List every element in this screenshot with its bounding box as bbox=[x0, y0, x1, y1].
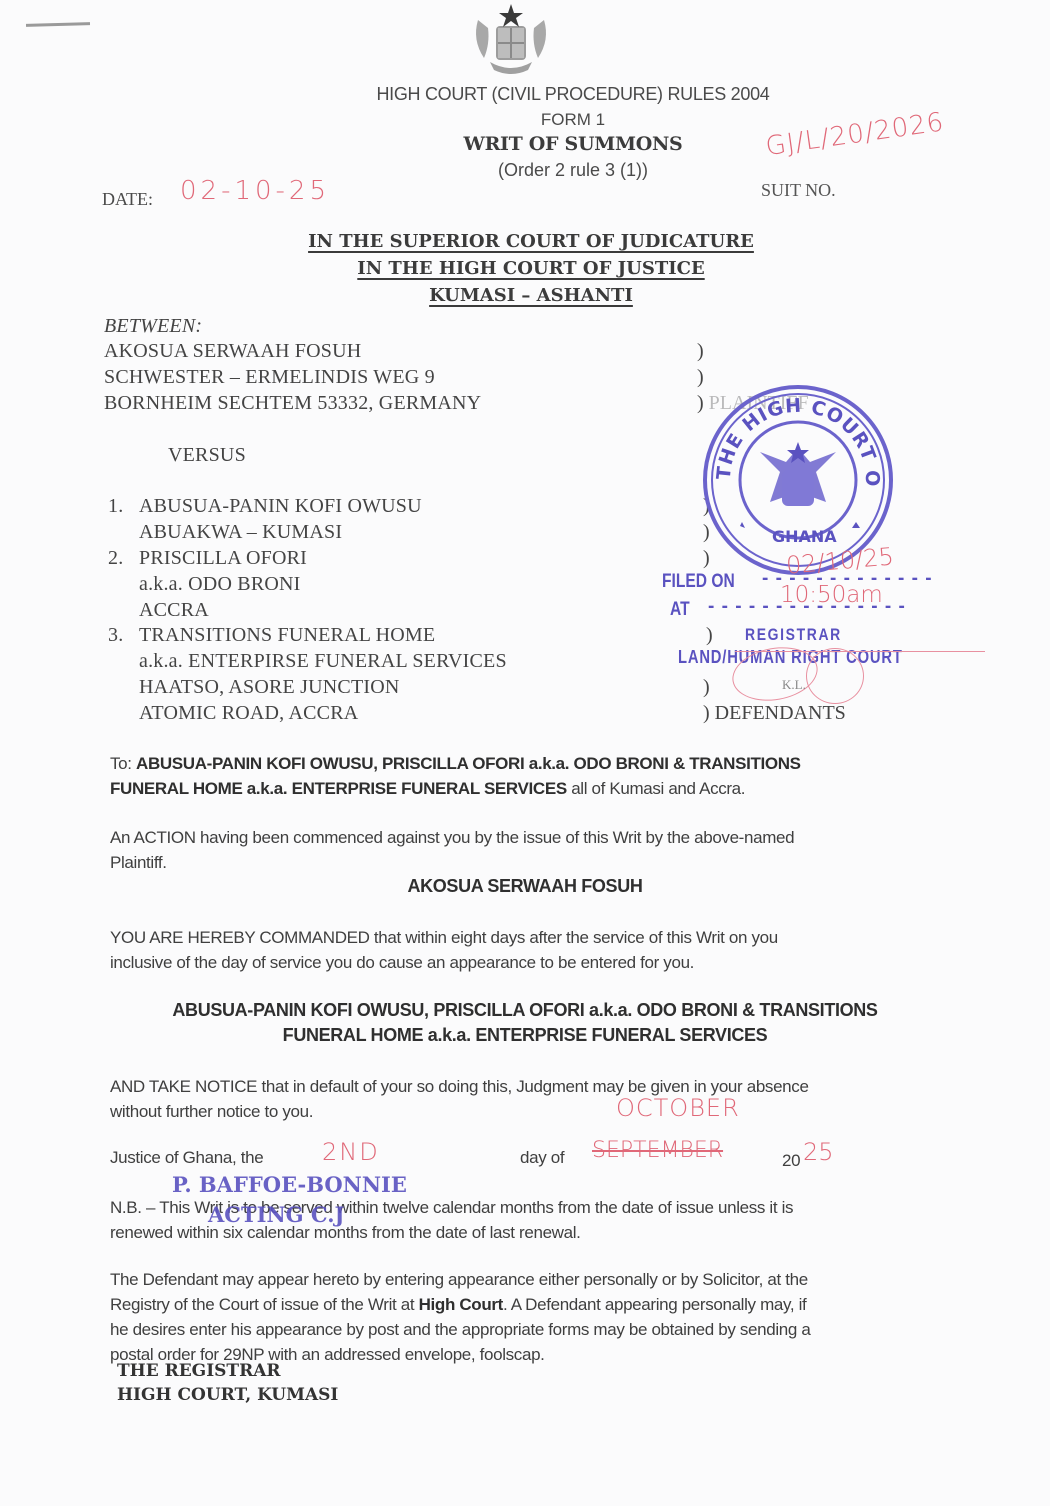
stamp-initials: K.L. bbox=[782, 677, 806, 693]
action-paragraph: An ACTION having been commenced against … bbox=[110, 825, 970, 875]
signature-stamp-name: P. BAFFOE-BONNIE bbox=[172, 1172, 407, 1197]
svg-text:GHANA: GHANA bbox=[772, 527, 837, 546]
date-value: 02-10-25 bbox=[180, 176, 330, 206]
defendant-2-name: PRISCILLA OFORI bbox=[139, 547, 307, 570]
rules-heading: HIGH COURT (CIVIL PROCEDURE) RULES 2004 bbox=[48, 84, 1050, 105]
day-value: 2ND bbox=[322, 1138, 380, 1166]
month-correction: OCTOBER bbox=[616, 1094, 740, 1122]
bracket: ) bbox=[703, 676, 710, 699]
defendant-2-alias: a.k.a. ODO BRONI bbox=[139, 573, 301, 596]
month-struck: SEPTEMBER bbox=[592, 1138, 723, 1163]
year-prefix: 20 bbox=[782, 1148, 800, 1173]
ghana-coat-of-arms-icon bbox=[470, 0, 552, 76]
ink-circle bbox=[806, 648, 864, 704]
court-line-2: IN THE HIGH COURT OF JUSTICE bbox=[6, 258, 1050, 279]
registrar-title: THE REGISTRAR bbox=[117, 1361, 281, 1381]
defendant-1-number: 1. bbox=[108, 495, 123, 518]
court-line-3: KUMASI – ASHANTI bbox=[6, 285, 1050, 306]
versus-label: VERSUS bbox=[168, 444, 246, 467]
plaintiff-address-2: BORNHEIM SECHTEM 53332, GERMANY bbox=[104, 392, 481, 415]
appearance-paragraph: The Defendant may appear hereto by enter… bbox=[110, 1267, 970, 1367]
defendant-3-number: 3. bbox=[108, 624, 123, 647]
defendant-1-address: ABUAKWA – KUMASI bbox=[139, 521, 342, 544]
plaintiff-name: AKOSUA SERWAAH FOSUH bbox=[104, 340, 361, 363]
defendants-heading: ABUSUA-PANIN KOFI OWUSU, PRISCILLA OFORI… bbox=[50, 998, 1000, 1048]
notice-paragraph: AND TAKE NOTICE that in default of your … bbox=[110, 1074, 970, 1124]
date-label: DATE: bbox=[102, 189, 153, 210]
day-of-label: day of bbox=[520, 1145, 564, 1170]
bracket: ) bbox=[697, 340, 704, 363]
scan-mark bbox=[26, 22, 90, 27]
signature-stamp-title: ACTING C.J bbox=[208, 1202, 345, 1227]
registrar-stamp-label: REGISTRAR bbox=[745, 625, 842, 645]
defendant-3-address-2: ATOMIC ROAD, ACCRA bbox=[139, 702, 358, 725]
at-value: 10:50am bbox=[780, 582, 883, 608]
defendant-2-number: 2. bbox=[108, 547, 123, 570]
year-suffix: 25 bbox=[803, 1138, 834, 1166]
commanded-paragraph: YOU ARE HEREBY COMMANDED that within eig… bbox=[110, 925, 970, 975]
defendant-1-name: ABUSUA-PANIN KOFI OWUSU bbox=[139, 495, 422, 518]
to-paragraph: To: ABUSUA-PANIN KOFI OWUSU, PRISCILLA O… bbox=[110, 751, 970, 801]
defendant-3-alias: a.k.a. ENTERPIRSE FUNERAL SERVICES bbox=[139, 650, 507, 673]
defendant-2-address: ACCRA bbox=[139, 599, 209, 622]
suit-number-label: SUIT NO. bbox=[761, 180, 836, 201]
plaintiff-address-1: SCHWESTER – ERMELINDIS WEG 9 bbox=[104, 366, 435, 389]
between-label: BETWEEN: bbox=[104, 315, 202, 338]
registrar-court: HIGH COURT, KUMASI bbox=[117, 1385, 338, 1405]
justice-label: Justice of Ghana, the bbox=[110, 1145, 263, 1170]
defendant-3-address-1: HAATSO, ASORE JUNCTION bbox=[139, 676, 400, 699]
plaintiff-heading: AKOSUA SERWAAH FOSUH bbox=[50, 874, 1000, 899]
filed-on-label: FILED ON bbox=[662, 571, 735, 593]
defendant-3-name: TRANSITIONS FUNERAL HOME bbox=[139, 624, 435, 647]
bracket: ) bbox=[706, 624, 713, 647]
court-line-1: IN THE SUPERIOR COURT OF JUDICATURE bbox=[6, 231, 1050, 252]
defendants-role: DEFENDANTS bbox=[715, 702, 846, 724]
at-label: AT bbox=[670, 599, 690, 621]
bracket: ) DEFENDANTS bbox=[703, 702, 846, 725]
